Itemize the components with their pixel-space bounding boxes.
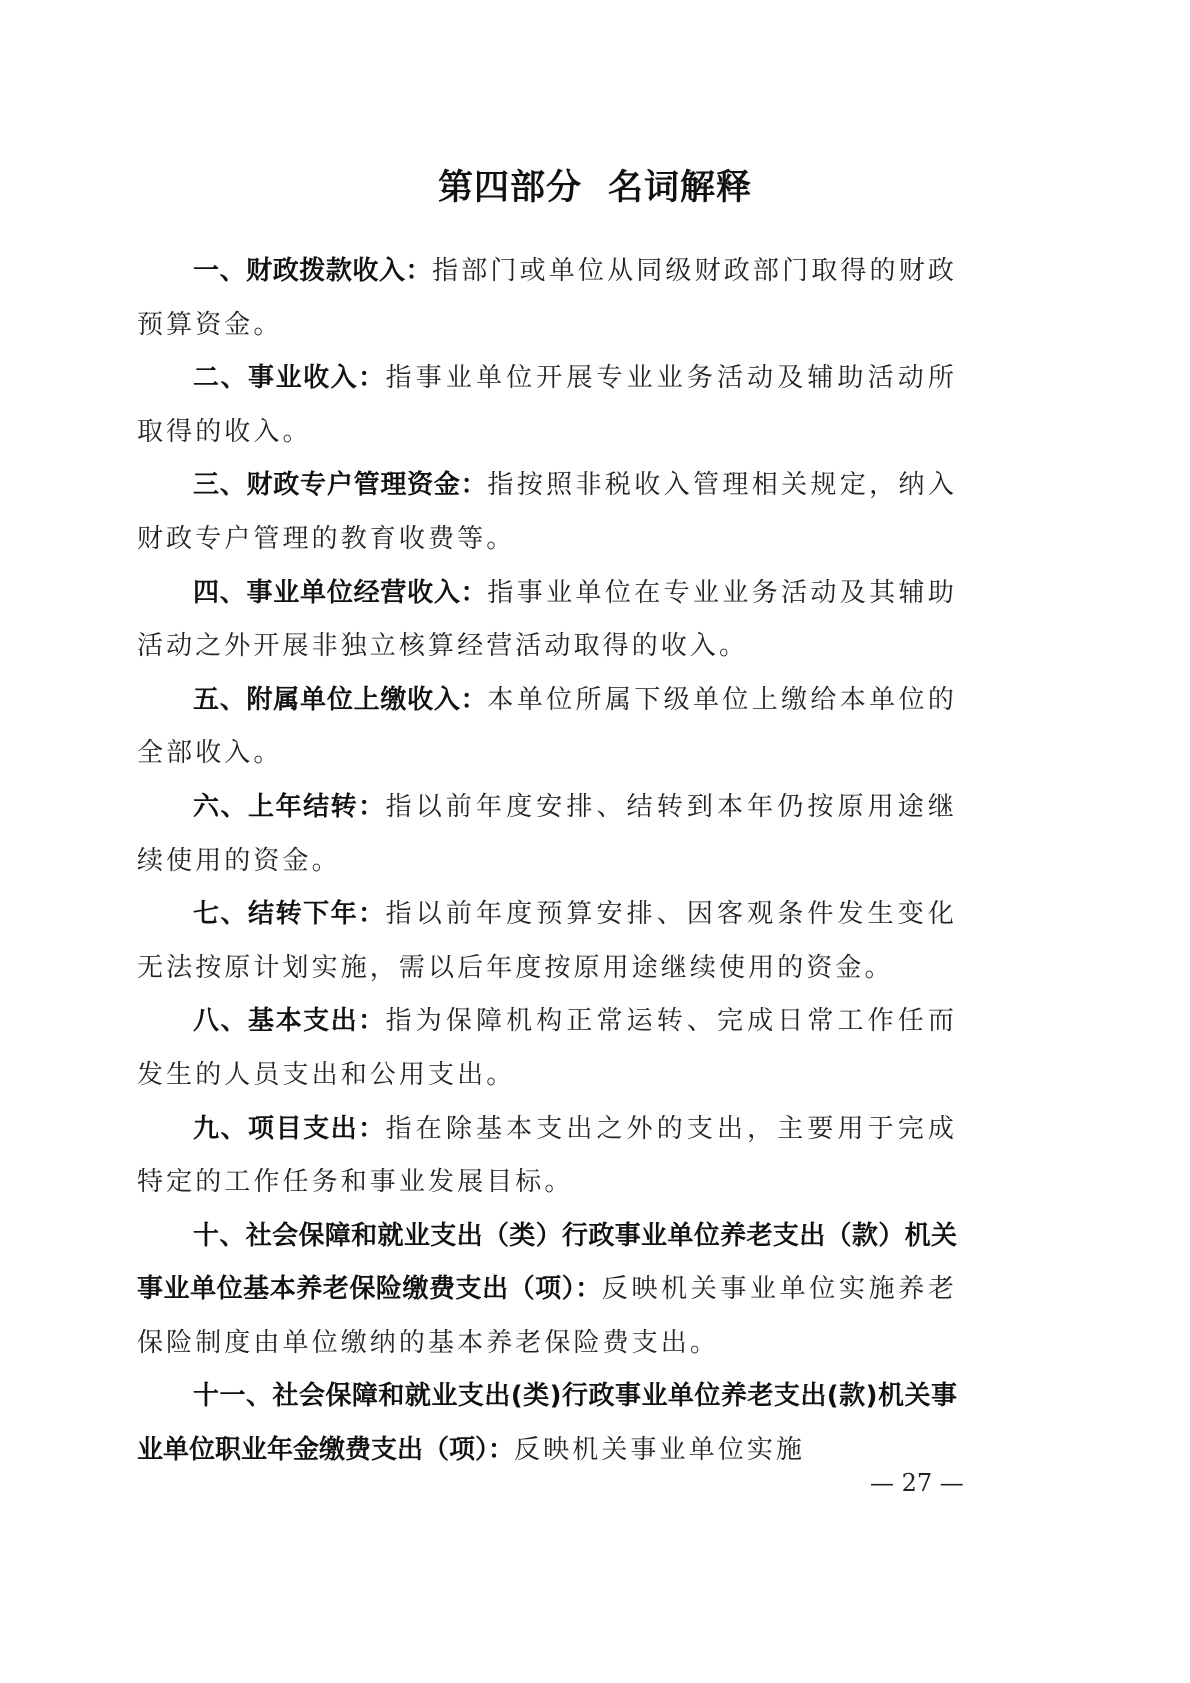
glossary-content: 一、财政拨款收入：指部门或单位从同级财政部门取得的财政预算资金。 二、事业收入：… (137, 245, 957, 1478)
glossary-term: 七、结转下年： (193, 899, 386, 929)
glossary-definition: 反映机关事业单位实施 (514, 1435, 805, 1465)
glossary-entry-5: 五、附属单位上缴收入：本单位所属下级单位上缴给本单位的全部收入。 (137, 674, 957, 781)
glossary-entry-8: 八、基本支出：指为保障机构正常运转、完成日常工作任而发生的人员支出和公用支出。 (137, 995, 957, 1102)
glossary-term: 三、财政专户管理资金： (193, 470, 487, 500)
glossary-term: 六、上年结转： (193, 792, 386, 822)
glossary-entry-7: 七、结转下年：指以前年度预算安排、因客观条件发生变化无法按原计划实施，需以后年度… (137, 888, 957, 995)
glossary-entry-4: 四、事业单位经营收入：指事业单位在专业业务活动及其辅助活动之外开展非独立核算经营… (137, 567, 957, 674)
glossary-term: 四、事业单位经营收入： (193, 578, 487, 608)
title-part-label: 第四部分 (438, 167, 582, 208)
glossary-entry-10: 十、社会保障和就业支出（类）行政事业单位养老支出（款）机关事业单位基本养老保险缴… (137, 1210, 957, 1371)
glossary-term: 二、事业收入： (193, 363, 386, 393)
glossary-term: 一、财政拨款收入： (193, 256, 432, 286)
glossary-entry-3: 三、财政专户管理资金：指按照非税收入管理相关规定，纳入财政专户管理的教育收费等。 (137, 459, 957, 566)
page-number: — 27 — (870, 1465, 980, 1501)
glossary-term: 九、项目支出： (193, 1114, 386, 1144)
title-section-label: 名词解释 (608, 167, 752, 208)
page-title: 第四部分名词解释 (0, 163, 1190, 213)
glossary-entry-1: 一、财政拨款收入：指部门或单位从同级财政部门取得的财政预算资金。 (137, 245, 957, 352)
glossary-term: 八、基本支出： (193, 1006, 386, 1036)
glossary-entry-9: 九、项目支出：指在除基本支出之外的支出，主要用于完成特定的工作任务和事业发展目标… (137, 1103, 957, 1210)
glossary-entry-11: 十一、社会保障和就业支出(类)行政事业单位养老支出(款)机关事业单位职业年金缴费… (137, 1370, 957, 1477)
glossary-entry-6: 六、上年结转：指以前年度安排、结转到本年仍按原用途继续使用的资金。 (137, 781, 957, 888)
glossary-term: 五、附属单位上缴收入： (193, 685, 487, 715)
glossary-entry-2: 二、事业收入：指事业单位开展专业业务活动及辅助活动所取得的收入。 (137, 352, 957, 459)
